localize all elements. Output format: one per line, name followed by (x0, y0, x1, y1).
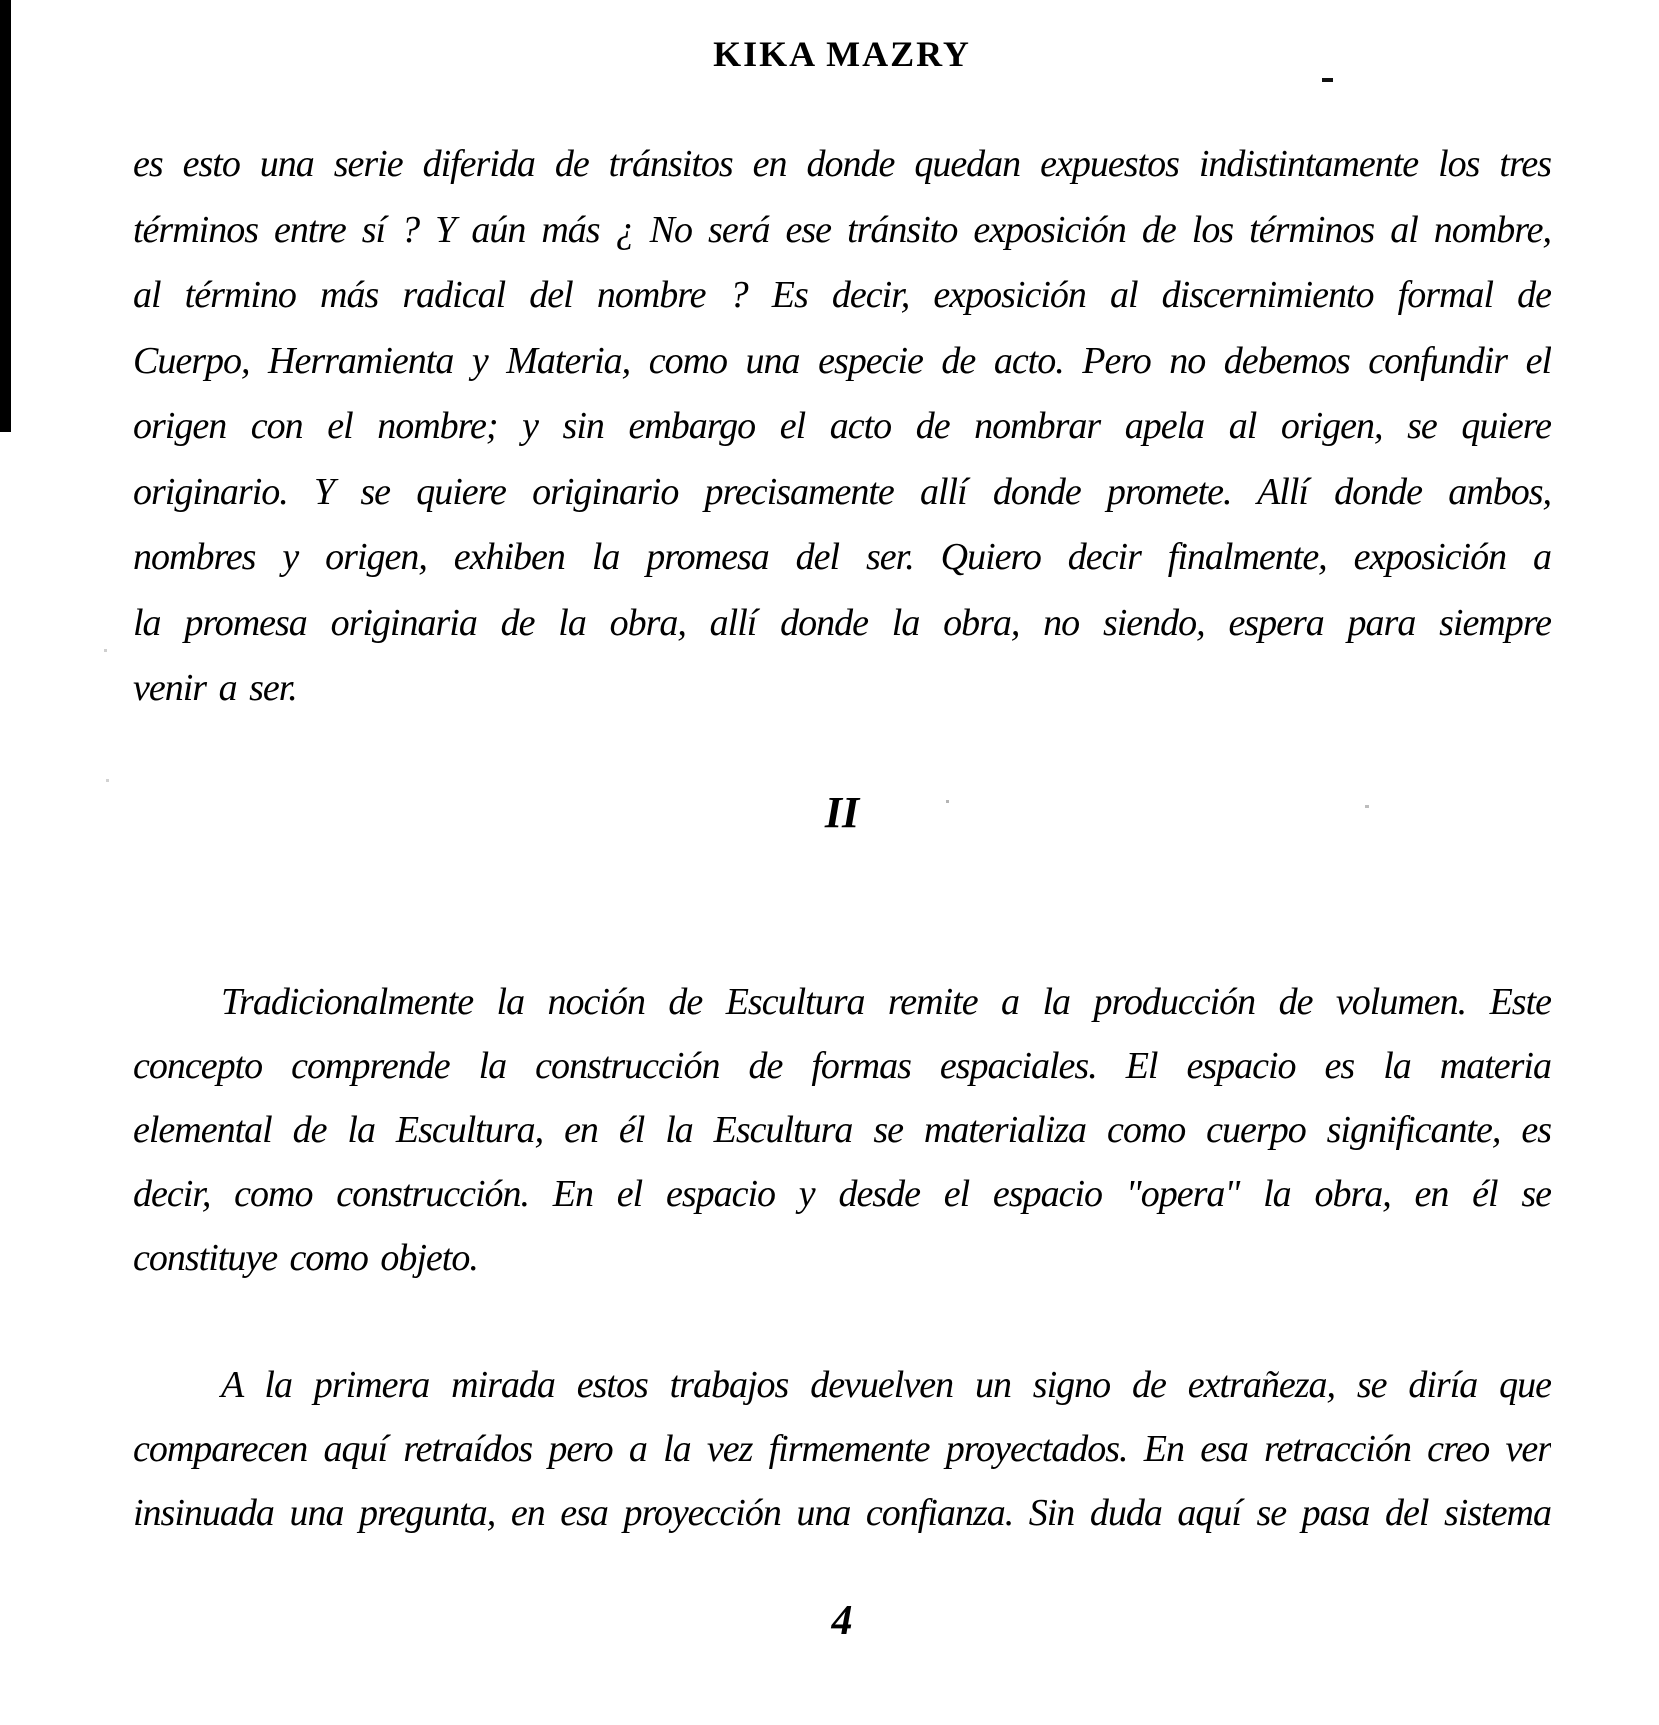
text-line: origen con el nombre; y sin embargo el a… (133, 394, 1551, 460)
paragraph-1: es esto una serie diferida de tránsitos … (133, 132, 1551, 722)
scanned-document-page: KIKA MAZRY es esto una serie diferida de… (0, 0, 1659, 1725)
paragraph-3: A la primera mirada estos trabajos devue… (133, 1353, 1551, 1545)
scan-speck (104, 649, 107, 652)
text-line: constituye como objeto. (133, 1226, 1551, 1290)
text-line: comparecen aquí retraídos pero a la vez … (133, 1417, 1551, 1481)
text-line: A la primera mirada estos trabajos devue… (133, 1353, 1551, 1417)
text-line: la promesa originaria de la obra, allí d… (133, 591, 1551, 657)
document-title: KIKA MAZRY (133, 32, 1551, 76)
section-heading: II (133, 780, 1551, 845)
scan-speck (106, 779, 109, 782)
text-line: venir a ser. (133, 656, 1551, 722)
paragraph-2: Tradicionalmente la noción de Escultura … (133, 970, 1551, 1290)
text-line: Cuerpo, Herramienta y Materia, como una … (133, 329, 1551, 395)
text-line: decir, como construcción. En el espacio … (133, 1162, 1551, 1226)
text-line: nombres y origen, exhiben la promesa del… (133, 525, 1551, 591)
text-line: Tradicionalmente la noción de Escultura … (133, 970, 1551, 1034)
text-line: originario. Y se quiere originario preci… (133, 460, 1551, 526)
text-line: términos entre sí ? Y aún más ¿ No será … (133, 198, 1551, 264)
text-line: concepto comprende la construcción de fo… (133, 1034, 1551, 1098)
text-line: al término más radical del nombre ? Es d… (133, 263, 1551, 329)
scan-speck (1322, 78, 1333, 82)
page-number: 4 (133, 1589, 1551, 1654)
text-line: insinuada una pregunta, en esa proyecció… (133, 1481, 1551, 1545)
text-line: elemental de la Escultura, en él la Escu… (133, 1098, 1551, 1162)
text-line: es esto una serie diferida de tránsitos … (133, 132, 1551, 198)
scan-edge-artifact (0, 0, 11, 432)
